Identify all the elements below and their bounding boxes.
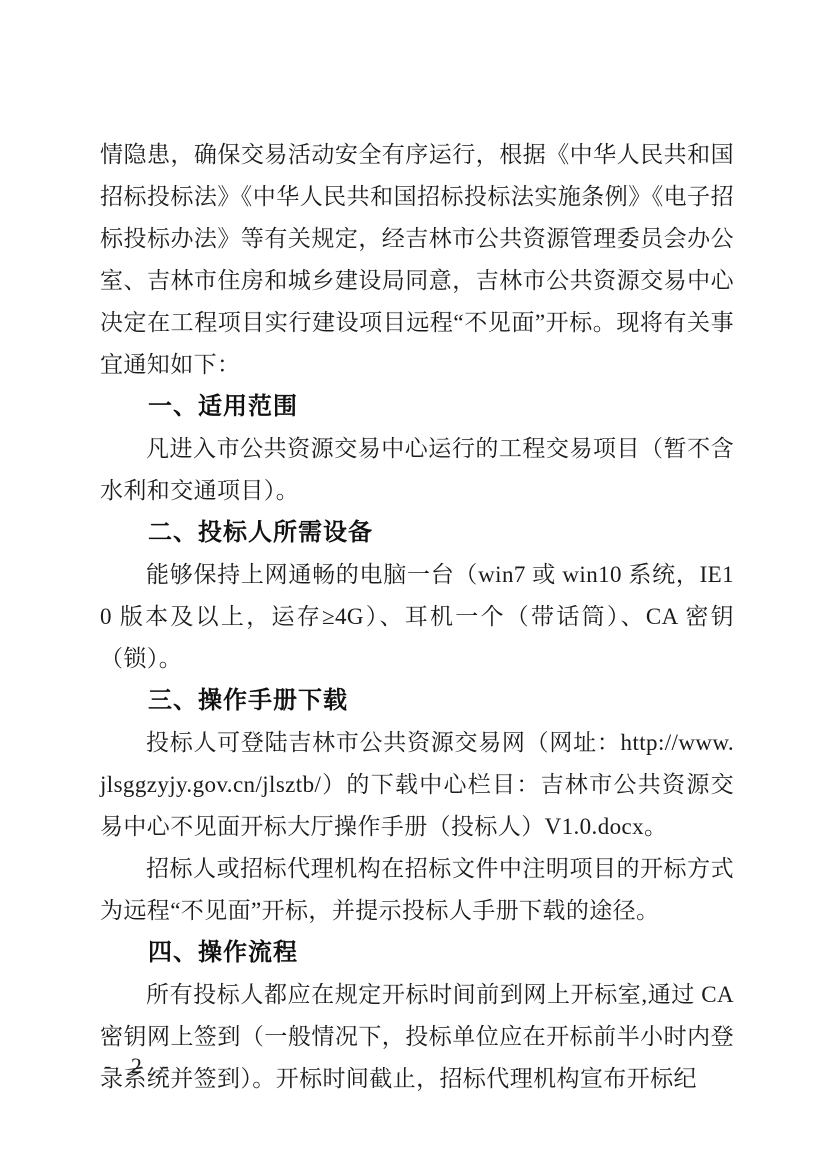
section-2-paragraph: 能够保持上网通畅的电脑一台（win7 或 win10 系统，IE10 版本及以上… — [100, 554, 734, 680]
section-1-heading: 一、适用范围 — [100, 386, 734, 428]
section-3-heading: 三、操作手册下载 — [100, 680, 734, 722]
section-4-heading: 四、操作流程 — [100, 932, 734, 974]
section-2-heading: 二、投标人所需设备 — [100, 512, 734, 554]
document-page: 情隐患，确保交易活动安全有序运行，根据《中华人民共和国招标投标法》《中华人民共和… — [0, 0, 827, 1170]
document-body: 情隐患，确保交易活动安全有序运行，根据《中华人民共和国招标投标法》《中华人民共和… — [100, 134, 734, 1100]
section-3-paragraph-1: 投标人可登陆吉林市公共资源交易网（网址：http://www.jlsggzyjy… — [100, 722, 734, 848]
intro-paragraph: 情隐患，确保交易活动安全有序运行，根据《中华人民共和国招标投标法》《中华人民共和… — [100, 134, 734, 386]
page-number: - 2 - — [104, 1053, 176, 1079]
section-4-paragraph: 所有投标人都应在规定开标时间前到网上开标室,通过 CA 密钥网上签到（一般情况下… — [100, 974, 734, 1100]
section-3-paragraph-2: 招标人或招标代理机构在招标文件中注明项目的开标方式为远程“不见面”开标，并提示投… — [100, 848, 734, 932]
section-1-paragraph: 凡进入市公共资源交易中心运行的工程交易项目（暂不含水利和交通项目）。 — [100, 428, 734, 512]
